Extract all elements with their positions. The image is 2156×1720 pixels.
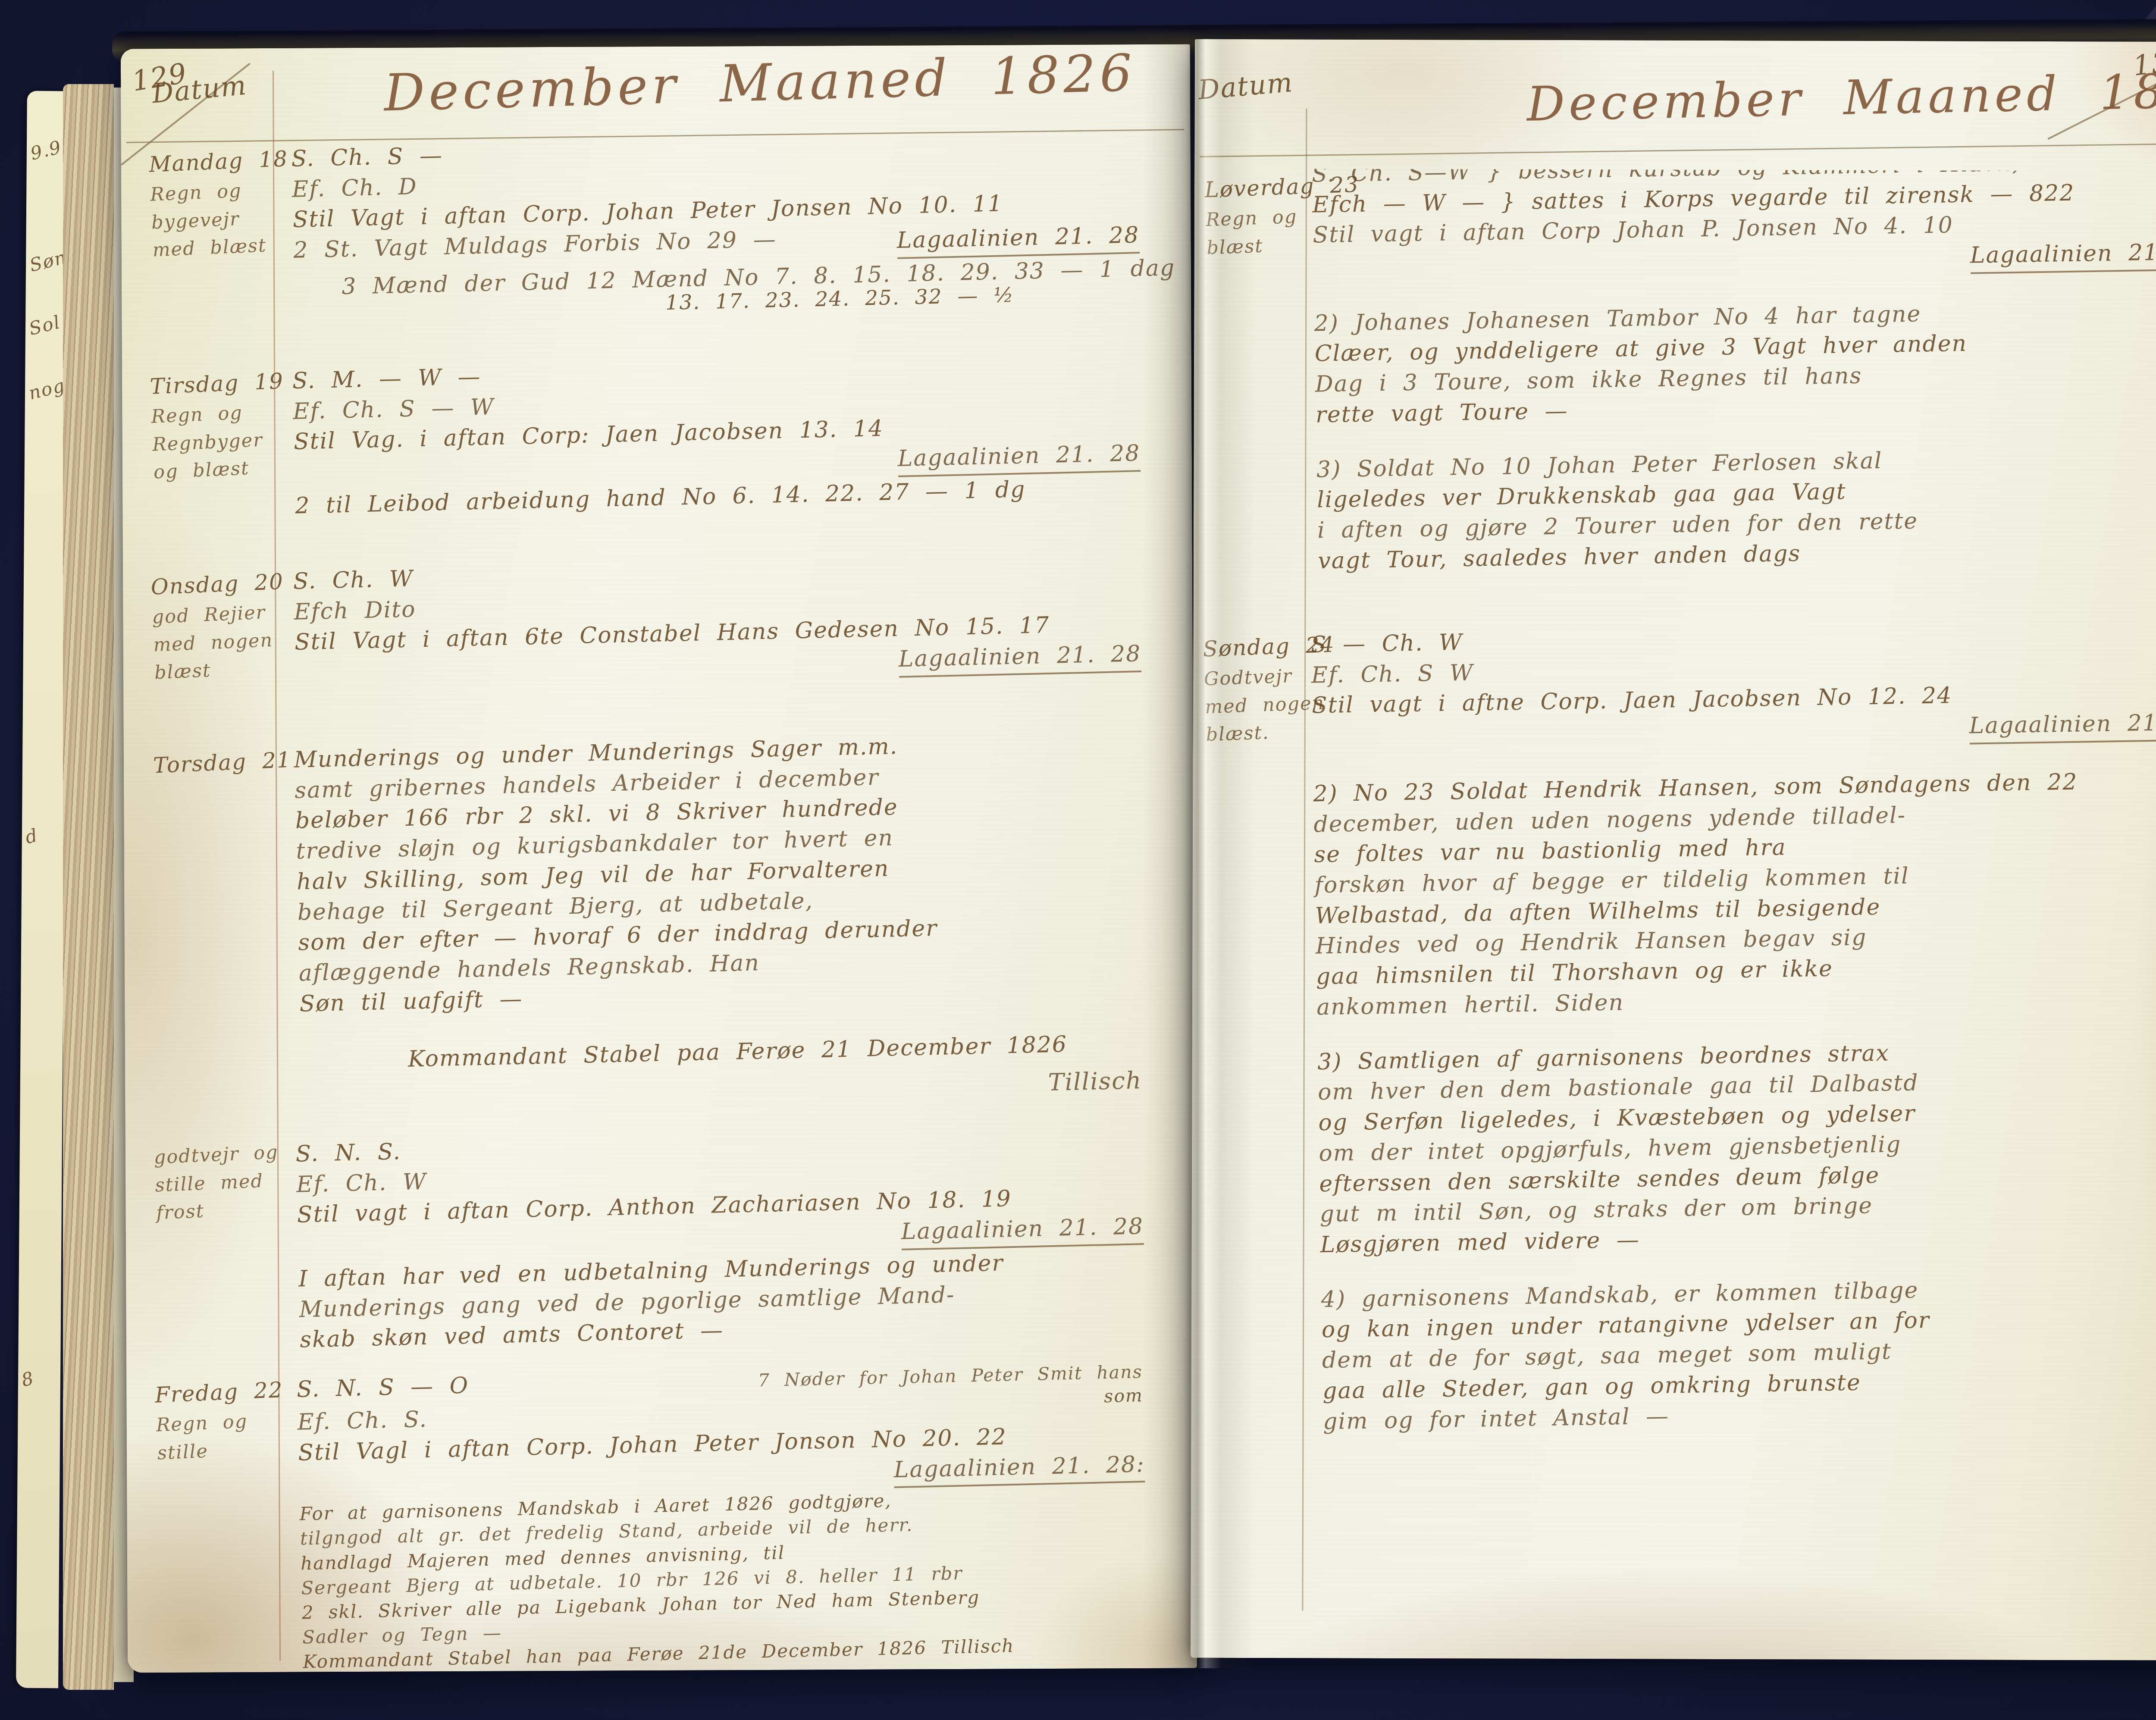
entry-day: Torsdag 21 <box>153 743 295 782</box>
entry-weather-note: og blæst <box>153 453 295 486</box>
entry-weather-note: blæst. <box>1206 717 1313 749</box>
entry-date-cell: Løverdag 23Regn ogblæst <box>1200 169 1313 262</box>
entry-line-text: Lagaalinien 21. 28 <box>896 220 1140 259</box>
entry-weather-note: frost <box>156 1193 297 1227</box>
under-page-edge: 9.9.SønSolnogd8 <box>16 91 69 1689</box>
entry-body: Kommandant Stabel paa Ferøe 21 December … <box>295 1025 1181 1115</box>
left-page-edge-stack: 9.9.SønSolnogd8 <box>22 84 134 1690</box>
entry-day: Tirsdag 19 <box>149 365 291 403</box>
entry-line-text: gim og for intet Anstal — <box>1323 1401 1670 1437</box>
entry-line-text: som <box>1104 1384 1144 1409</box>
journal-entry: Torsdag 21Munderings og under Munderings… <box>137 739 1180 1020</box>
entry-line-text: Søn til uafgift — <box>299 984 523 1019</box>
entry-weather-note: Godtvejr <box>1203 662 1310 693</box>
margin-fragment: nog <box>27 374 67 404</box>
entry-day: Løverdag 23 <box>1204 170 1311 207</box>
entry-body: Munderings og under Munderings Sager m.m… <box>294 723 1182 1019</box>
left-page: 129 Datum December Maaned 1826 Mandag 18… <box>121 44 1197 1673</box>
entry-weather-note: blæst <box>1206 230 1313 262</box>
journal-entry: Fredag 22Regn ogstilleS. N. S — O7 Nøder… <box>139 1369 1182 1670</box>
entry-date-cell <box>138 1042 295 1053</box>
margin-fragment: 8 <box>19 1367 36 1391</box>
entry-line-text: S. N. S. <box>295 1137 401 1169</box>
entry-line-text: Sadler og Tegn — <box>302 1620 502 1650</box>
entry-body: S — Ch. WEf. Ch. S WStil vagt i aftne Co… <box>1310 614 2156 1437</box>
journal-entries: Løverdag 23Regn ogblæstTambour No 4 Joha… <box>1197 169 2156 1658</box>
entry-line-text: Ef. Ch. W <box>296 1166 427 1200</box>
entry-line-text: Løsgjøren med videre — <box>1320 1225 1640 1260</box>
entry-line-text: S. N. S — O <box>296 1370 469 1405</box>
entry-line-text: Lagaalinien 21. 28 <box>897 439 1141 477</box>
entry-line-text: Efch Dito <box>294 594 416 627</box>
entry-line-text: Lagaalinien 21. 28 <box>1970 237 2156 274</box>
entry-line-text: Lagaalinien 21. 28 <box>898 639 1141 677</box>
entry-line-text: ankommen hertil. Siden <box>1316 988 1624 1023</box>
entry-date-cell: godtvejr ogstille medfrost <box>137 1134 297 1228</box>
entry-body: S. Ch. WEfch DitoStil Vagt i aftan 6te C… <box>293 545 1180 691</box>
entry-line-text: Tillisch <box>1048 1064 1142 1099</box>
entry-body: Tambour No 4 Johanes Johanesen SlutS. Ch… <box>1312 169 2156 576</box>
margin-fragment: d <box>23 824 41 848</box>
entry-line-text: S — Ch. W <box>1310 627 1463 660</box>
entry-weather-note: med nogen <box>1204 690 1311 721</box>
entry-line-text: S. M. — W — <box>292 362 481 397</box>
entry-date-cell: Fredag 22Regn ogstille <box>138 1369 298 1467</box>
entry-line-text: Lagaalinien 21. 28 <box>901 1211 1144 1250</box>
entry-date-cell: Onsdag 20god Rejiermed nogenblæst <box>134 562 296 688</box>
entry-weather-note: med nogen <box>153 625 294 659</box>
entry-weather-note: stille <box>157 1433 298 1467</box>
entry-body: S. Ch. S —Ef. Ch. DStil Vagt i aftan Cor… <box>291 138 1180 326</box>
journal-entry: Tirsdag 19Regn ogRegnbygerog blæstS. M. … <box>135 360 1178 522</box>
entry-date-cell: Søndag 24Godtvejrmed nogenblæst. <box>1198 626 1313 749</box>
entry-line-text: Lagaalinien 21. 28 <box>1969 707 2156 745</box>
journal-entry: Onsdag 20god Rejiermed nogenblæstS. Ch. … <box>136 561 1178 692</box>
entry-day: Onsdag 20 <box>150 565 292 604</box>
entry-weather-note: Regn og <box>1205 203 1312 234</box>
entry-day: Fredag 22 <box>154 1373 296 1411</box>
entry-weather-note: blæst <box>154 653 295 686</box>
entry-weather-note: med blæst <box>152 231 294 264</box>
entry-weather-note: godtvejr og <box>153 1137 295 1171</box>
entry-line-text: rette vagt Toure — <box>1316 396 1568 430</box>
journal-entry: Søndag 24Godtvejrmed nogenblæst.S — Ch. … <box>1198 628 2156 1440</box>
entry-date-cell: Mandag 18Regn ogbygevejrmed blæst <box>134 139 294 265</box>
entry-line-text: S. Ch. S — <box>291 141 443 175</box>
entry-line-text: Ef. Ch. D <box>291 172 417 205</box>
journal-entry: Løverdag 23Regn ogblæstTambour No 4 Joha… <box>1200 169 2156 579</box>
journal-entries: Mandag 18Regn ogbygevejrmed blæstS. Ch. … <box>134 138 1182 1670</box>
entry-body: S. N. S.Ef. Ch. WStil vagt i aftan Corp.… <box>295 1117 1182 1355</box>
right-page: 130 Slut Datum December Maaned 1826 — Lø… <box>1191 39 2156 1660</box>
journal-entry: Mandag 18Regn ogbygevejrmed blæstS. Ch. … <box>134 138 1177 326</box>
entry-line-text: Ef. Ch. S W <box>1311 658 1474 691</box>
journal-entry: godtvejr ogstille medfrostS. N. S.Ef. Ch… <box>138 1133 1181 1356</box>
entry-date-cell: Torsdag 21 <box>136 740 294 782</box>
margin-fragment: Sol <box>27 311 63 339</box>
journal-entry: Kommandant Stabel paa Ferøe 21 December … <box>138 1041 1180 1116</box>
entry-day: Søndag 24 <box>1202 630 1310 666</box>
entry-line-text: S. Ch. W <box>293 564 414 597</box>
entry-body: S. N. S — O7 Nøder for Johan Peter Smit … <box>296 1353 1182 1670</box>
entry-line-text: Lagaalinien 21. 28: <box>893 1449 1145 1488</box>
page-edges-band <box>63 84 114 1690</box>
entry-line-text: Ef. Ch. S — W <box>293 392 495 427</box>
photograph-of-journal: { "scene": { "background_color": "#161a3… <box>0 0 2156 1720</box>
entry-line-text: Ef. Ch. S. <box>297 1404 428 1438</box>
entry-date-cell: Tirsdag 19Regn ogRegnbygerog blæst <box>134 361 295 487</box>
entry-day: Mandag 18 <box>148 143 290 181</box>
entry-body: S. M. — W —Ef. Ch. S — WStil Vag. i afta… <box>292 344 1180 521</box>
